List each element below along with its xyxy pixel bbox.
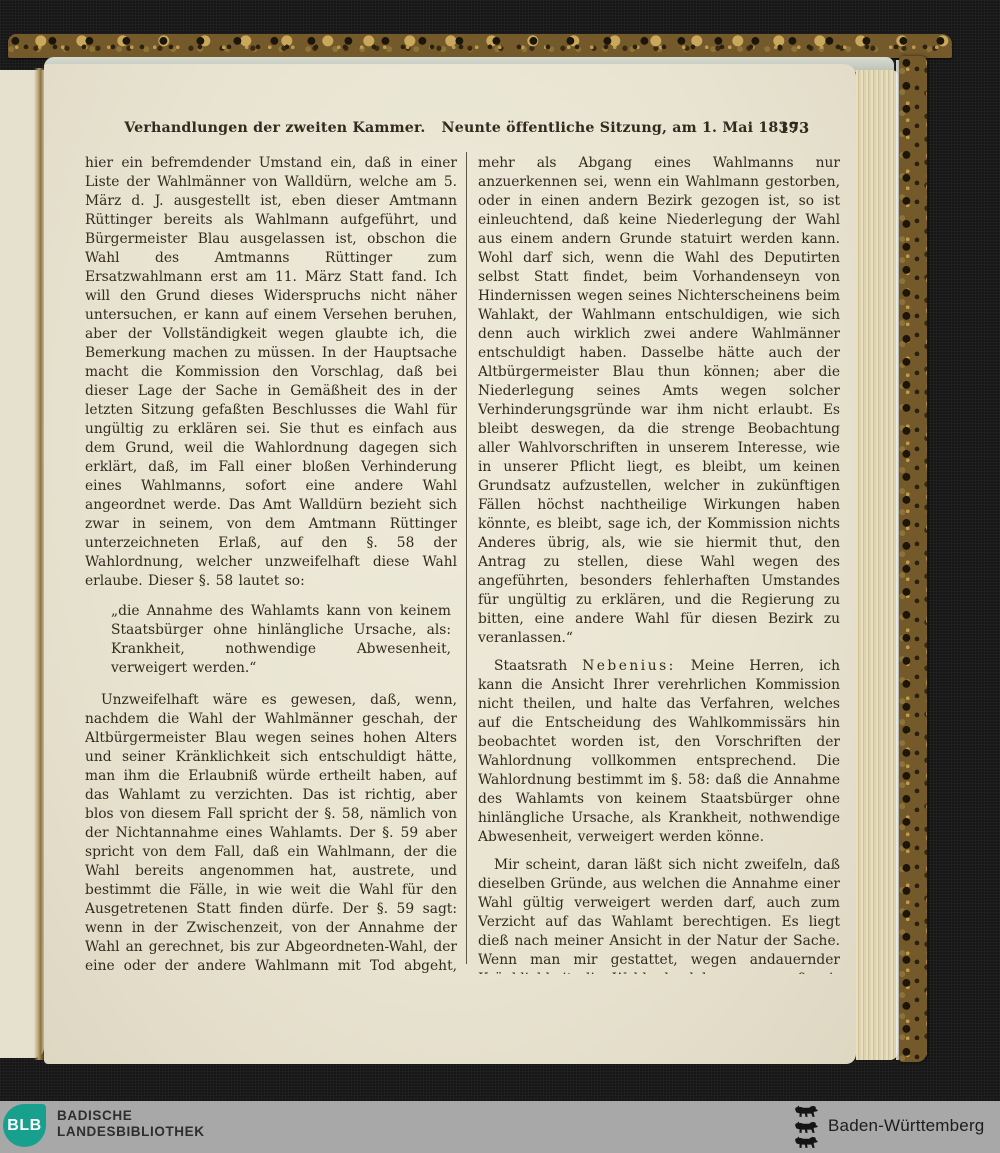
page-number: 173 [779, 120, 819, 137]
paragraph: mehr als Abgang eines Wahlmanns nur anzu… [478, 154, 840, 648]
running-header-left: Verhandlungen der zweiten Kammer. [124, 120, 425, 136]
scanned-page: Verhandlungen der zweiten Kammer.Neunte … [44, 64, 856, 1064]
baden-wuerttemberg-lions-icon [793, 1105, 823, 1149]
blb-abbreviation: BLB [7, 1117, 41, 1135]
state-name: Baden-Württemberg [828, 1116, 984, 1136]
running-header: Verhandlungen der zweiten Kammer.Neunte … [104, 120, 824, 136]
speech-paragraph: Staatsrath Nebenius: Meine Herren, ich k… [478, 657, 840, 847]
right-page-block-edges [856, 70, 898, 1060]
blockquote-paragraph-58: „die Annahme des Wahlamts kann von keine… [111, 602, 451, 678]
library-name: BADISCHE LANDESBIBLIOTHEK [57, 1108, 205, 1140]
library-name-line2: LANDESBIBLIOTHEK [57, 1124, 205, 1140]
book-right-marbled-cover-edge [899, 56, 927, 1062]
book-scan-scene: Verhandlungen der zweiten Kammer.Neunte … [0, 0, 1000, 1153]
book-top-marbled-edge [8, 34, 952, 58]
blb-library-logo-icon: BLB [3, 1104, 46, 1147]
speech-text: Meine Herren, ich kann die Ansicht Ihrer… [478, 658, 840, 845]
text-column-left: hier ein befremdender Umstand ein, daß i… [85, 154, 457, 974]
text-column-right: mehr als Abgang eines Wahlmanns nur anzu… [478, 154, 840, 974]
column-divider-rule [466, 152, 467, 964]
branding-bar: BLB BADISCHE LANDESBIBLIOTHEK Baden-Würt… [0, 1101, 1000, 1153]
library-name-line1: BADISCHE [57, 1108, 205, 1124]
paragraph: Mir scheint, daran läßt sich nicht zweif… [478, 856, 840, 974]
paragraph: hier ein befremdender Umstand ein, daß i… [85, 154, 457, 591]
running-header-right: Neunte öffentliche Sitzung, am 1. Mai 18… [442, 120, 804, 136]
paragraph: Unzweifelhaft wäre es gewesen, daß, wenn… [85, 691, 457, 974]
speaker-name: Nebenius: [582, 658, 676, 674]
speaker-title: Staatsrath [494, 658, 567, 674]
